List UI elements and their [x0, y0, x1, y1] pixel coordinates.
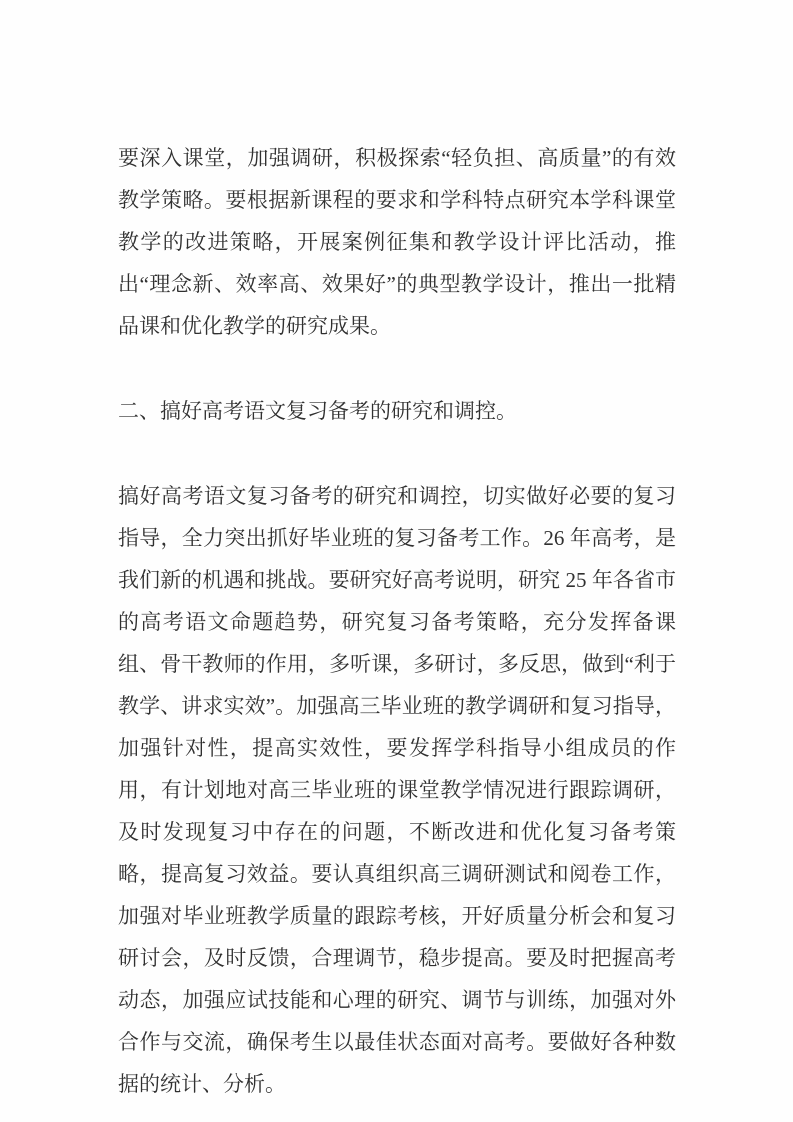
section-heading-2: 二、搞好高考语文复习备考的研究和调控。: [118, 390, 676, 432]
document-page: 要深入课堂，加强调研，积极探索“轻负担、高质量”的有效教学策略。要根据新课程的要…: [0, 0, 793, 1122]
paragraph-gaokao-review: 搞好高考语文复习备考的研究和调控，切实做好必要的复习指导，全力突出抓好毕业班的复…: [118, 475, 676, 1105]
paragraph-teaching-strategy: 要深入课堂，加强调研，积极探索“轻负担、高质量”的有效教学策略。要根据新课程的要…: [118, 137, 676, 347]
document-body: 要深入课堂，加强调研，积极探索“轻负担、高质量”的有效教学策略。要根据新课程的要…: [118, 137, 676, 1105]
